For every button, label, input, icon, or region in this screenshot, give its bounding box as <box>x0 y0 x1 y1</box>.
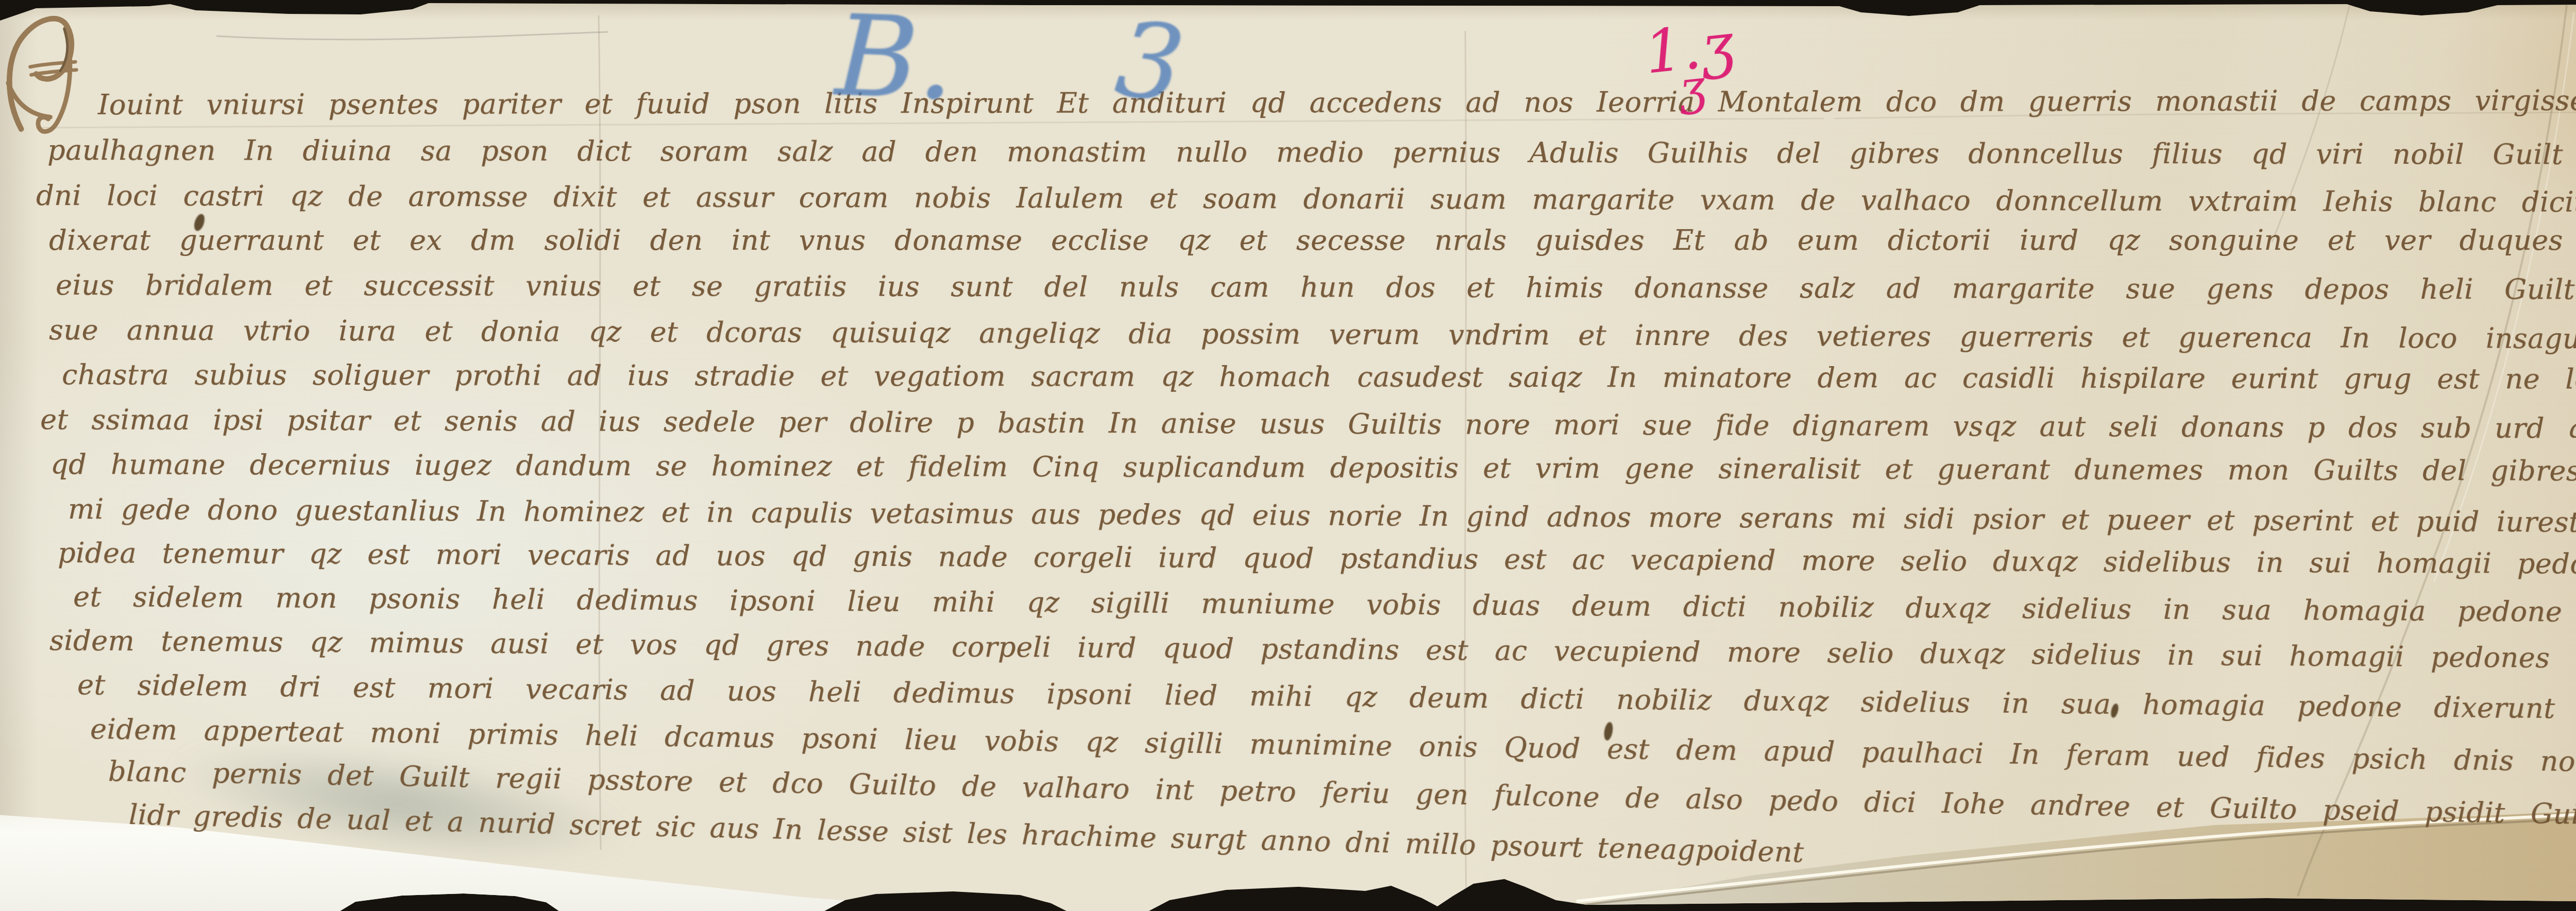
red-inventory-mark: 1.ʒ ʒ <box>1642 20 1740 111</box>
manuscript-line: sidem tenemus qz mimus ausi et vos qd gr… <box>49 623 2576 677</box>
manuscript-line: chastra subius soliguer prothi ad ius st… <box>62 357 2576 397</box>
manuscript-line: et ssimaa ipsi psitar et senis ad ius se… <box>40 402 2576 446</box>
blue-shelfmark-letter: B. <box>834 0 956 125</box>
manuscript-line: Iouint vniursi psentes pariter et fuuid … <box>98 83 2576 123</box>
manuscript-line: dixerat guerraunt et ex dm solidi den in… <box>49 223 2576 258</box>
manuscript-line: eius bridalem et successit vnius et se g… <box>56 268 2576 307</box>
manuscript-line: sue annua vtrio iura et donia qz et dcor… <box>49 313 2576 357</box>
manuscript-line: dni loci castri qz de aromsse dixit et a… <box>36 178 2576 220</box>
manuscript-line: mi gede dono guestanlius In hominez et i… <box>68 492 2576 541</box>
manuscript-line: paulhagnen In diuina sa pson dict soram … <box>47 133 2576 173</box>
manuscript-text: Iouint vniursi psentes pariter et fuuid … <box>0 0 2576 911</box>
manuscript-line: et sidelem mon psonis heli dedimus ipson… <box>73 579 2576 631</box>
manuscript-line: qd humane decernius iugez dandum se homi… <box>50 447 2576 489</box>
manuscript-scan: { "colors": { "backing_dark": "#16130e",… <box>0 0 2576 911</box>
parchment-sheet: Iouint vniursi psentes pariter et fuuid … <box>0 0 2576 911</box>
manuscript-line: pidea tenemur qz est mori vecaris ad uos… <box>58 536 2576 582</box>
